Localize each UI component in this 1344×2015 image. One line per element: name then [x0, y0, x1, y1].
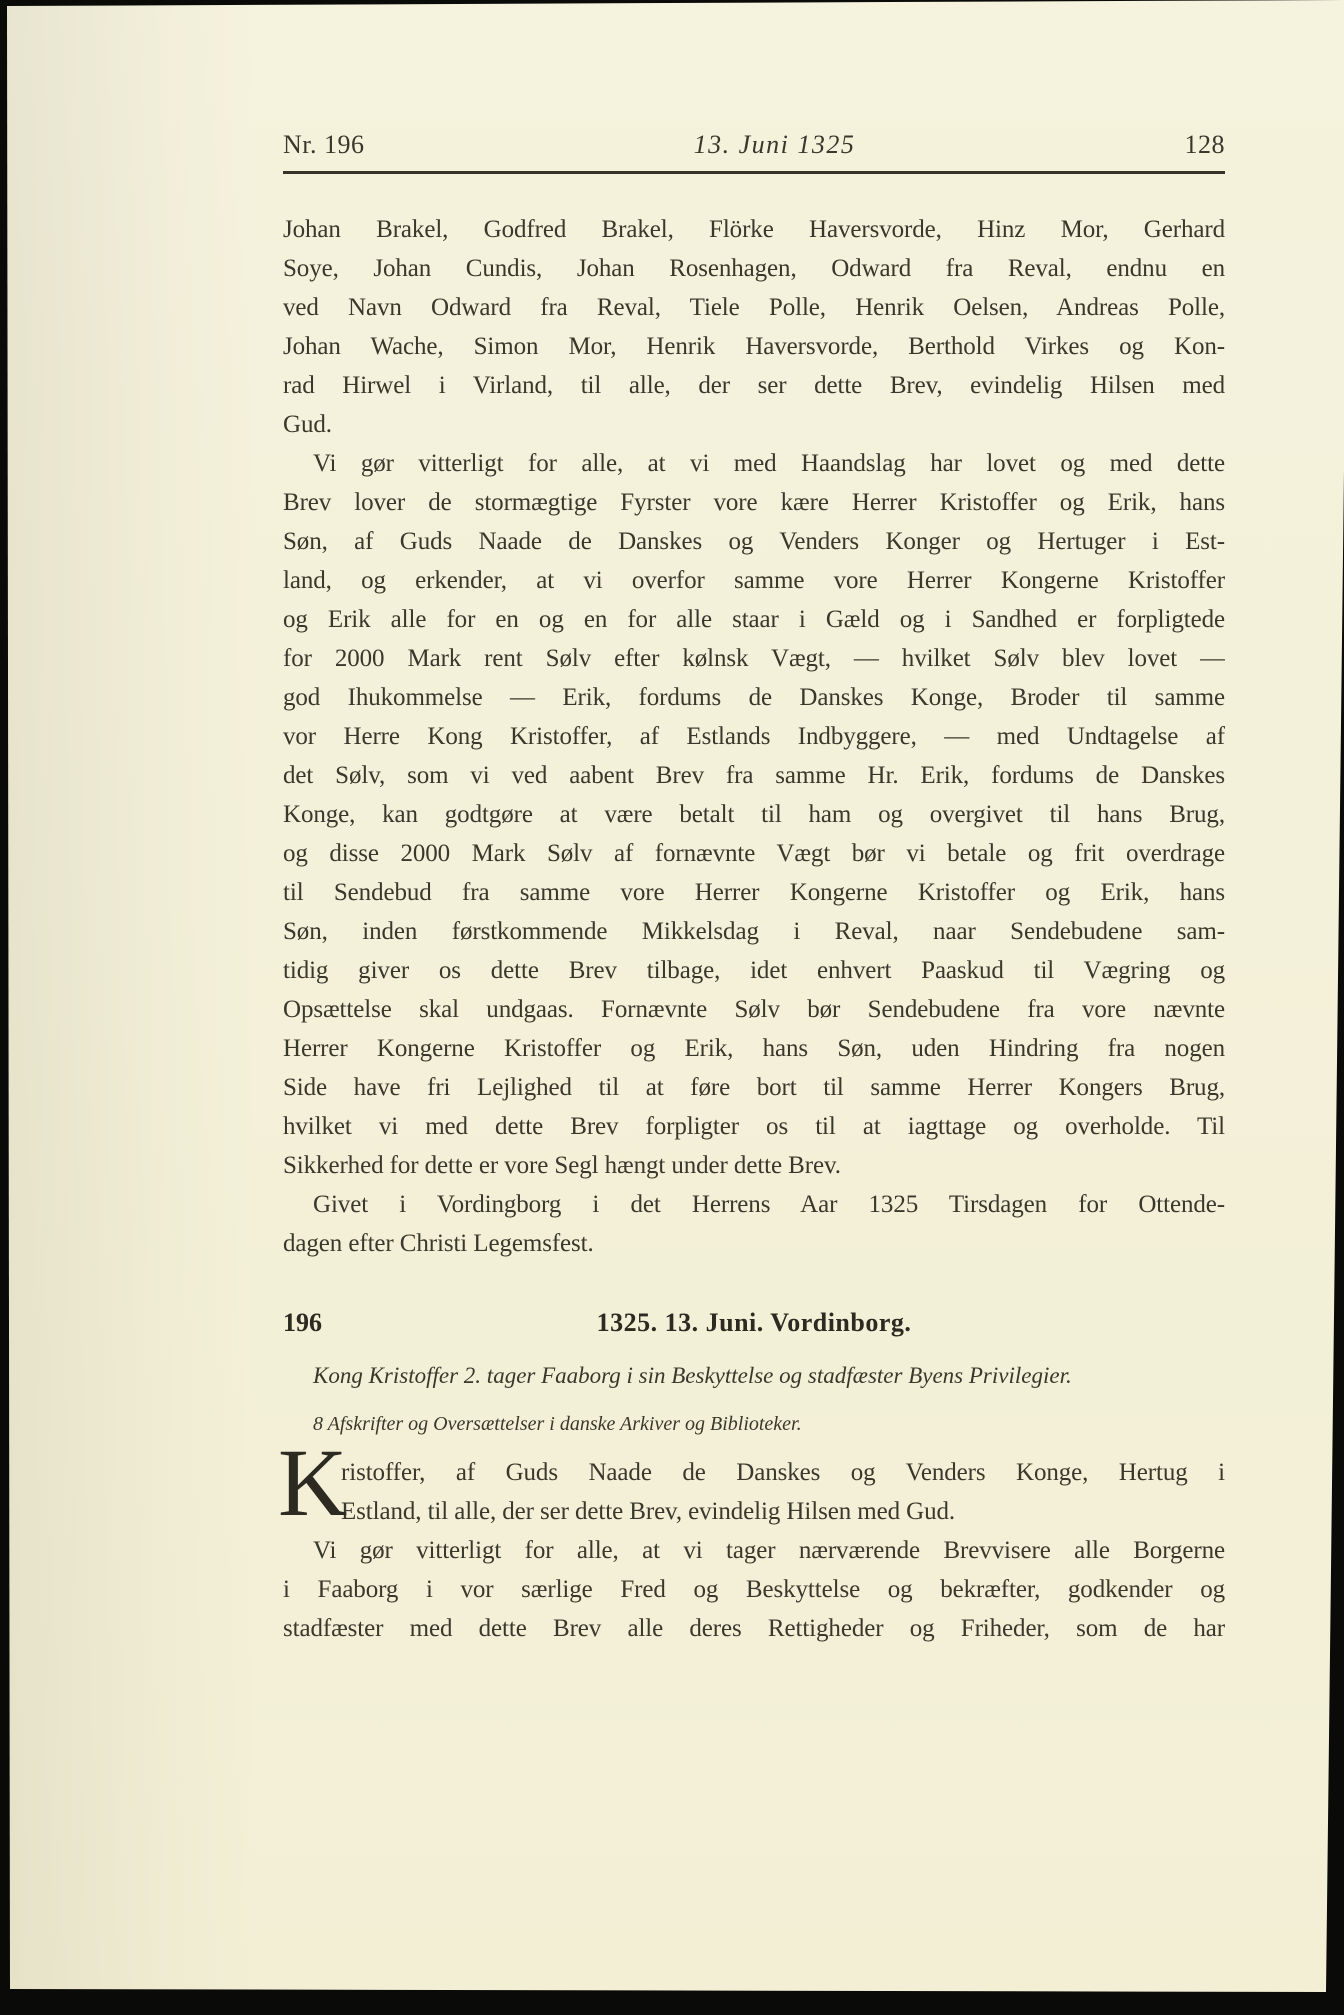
paragraph-protection-grant: Vi gør vitterligt for alle, at vi tager …: [283, 1531, 1225, 1648]
text-line: Vi gør vitterligt for alle, at vi tager …: [283, 1531, 1225, 1570]
text-line: og Erik alle for en og en for alle staar…: [283, 600, 1225, 639]
text-line: vor Herre Kong Kristoffer, af Estlands I…: [283, 717, 1225, 756]
paragraph-with-dropcap: K ristoffer, af Guds Naade de Danskes og…: [283, 1453, 1225, 1531]
text-line: land, og erkender, at vi overfor samme v…: [283, 561, 1225, 600]
text-line: Givet i Vordingborg i det Herrens Aar 13…: [283, 1185, 1225, 1224]
text-line: Soye, Johan Cundis, Johan Rosenhagen, Od…: [283, 249, 1225, 288]
text-line: Søn, inden førstkommende Mikkelsdag i Re…: [283, 912, 1225, 951]
text-line: Sikkerhed for dette er vore Segl hængt u…: [283, 1146, 1225, 1185]
entry-source-note: 8 Afskrifter og Oversættelser i danske A…: [283, 1407, 1225, 1441]
text-line: Vi gør vitterligt for alle, at vi med Ha…: [283, 444, 1225, 483]
text-line: Johan Wache, Simon Mor, Henrik Haversvor…: [283, 327, 1225, 366]
entry-summary: Kong Kristoffer 2. tager Faaborg i sin B…: [283, 1356, 1225, 1395]
text-line: Konge, kan godtgøre at være betalt til h…: [283, 795, 1225, 834]
text-line: Opsættelse skal undgaas. Fornævnte Sølv …: [283, 990, 1225, 1029]
paragraph-dating-clause: Givet i Vordingborg i det Herrens Aar 13…: [283, 1185, 1225, 1263]
header-page-number: 128: [1184, 128, 1225, 162]
text-line: Estland, til alle, der ser dette Brev, e…: [283, 1492, 1225, 1531]
dropcap-initial: K: [278, 1435, 347, 1531]
text-line: Brev lover de stormægtige Fyrster vore k…: [283, 483, 1225, 522]
text-line: Side have fri Lejlighed til at føre bort…: [283, 1068, 1225, 1107]
entry-body-text: K ristoffer, af Guds Naade de Danskes og…: [283, 1453, 1225, 1648]
text-line: Søn, af Guds Naade de Danskes og Venders…: [283, 522, 1225, 561]
header-date: 13. Juni 1325: [694, 128, 856, 162]
text-line: dagen efter Christi Legemsfest.: [283, 1224, 1225, 1263]
dropcap-paragraph-lines: ristoffer, af Guds Naade de Danskes og V…: [283, 1453, 1225, 1531]
text-line: Johan Brakel, Godfred Brakel, Flörke Hav…: [283, 210, 1225, 249]
entry-heading: 196 1325. 13. Juni. Vordinborg.: [283, 1303, 1225, 1342]
scanned-book-page: Nr. 196 13. Juni 1325 128 Johan Brakel, …: [0, 0, 1344, 2015]
page-surface: Nr. 196 13. Juni 1325 128 Johan Brakel, …: [0, 0, 1344, 2015]
text-line: ved Navn Odward fra Reval, Tiele Polle, …: [283, 288, 1225, 327]
text-line: for 2000 Mark rent Sølv efter kølnsk Væg…: [283, 639, 1225, 678]
text-line: tidig giver os dette Brev tilbage, idet …: [283, 951, 1225, 990]
entry-title: 1325. 13. Juni. Vordinborg.: [597, 1303, 912, 1342]
document-continuation-text: Johan Brakel, Godfred Brakel, Flörke Hav…: [283, 210, 1225, 1263]
text-line: Gud.: [283, 405, 1225, 444]
running-header: Nr. 196 13. Juni 1325 128: [283, 128, 1225, 174]
text-line: god Ihukommelse — Erik, fordums de Dansk…: [283, 678, 1225, 717]
text-line: hvilket vi med dette Brev forpligter os …: [283, 1107, 1225, 1146]
header-entry-number: Nr. 196: [283, 128, 365, 162]
text-column: Nr. 196 13. Juni 1325 128 Johan Brakel, …: [283, 0, 1225, 1648]
text-line: og disse 2000 Mark Sølv af fornævnte Væg…: [283, 834, 1225, 873]
paragraph-debt-pledge: Vi gør vitterligt for alle, at vi med Ha…: [283, 444, 1225, 1185]
paragraph-witness-list: Johan Brakel, Godfred Brakel, Flörke Hav…: [283, 210, 1225, 444]
text-line: det Sølv, som vi ved aabent Brev fra sam…: [283, 756, 1225, 795]
text-line: ristoffer, af Guds Naade de Danskes og V…: [283, 1453, 1225, 1492]
entry-number: 196: [283, 1303, 322, 1342]
text-line: Herrer Kongerne Kristoffer og Erik, hans…: [283, 1029, 1225, 1068]
text-line: stadfæster med dette Brev alle deres Ret…: [283, 1609, 1225, 1648]
text-line: til Sendebud fra samme vore Herrer Konge…: [283, 873, 1225, 912]
text-line: rad Hirwel i Virland, til alle, der ser …: [283, 366, 1225, 405]
text-line: i Faaborg i vor særlige Fred og Beskytte…: [283, 1570, 1225, 1609]
